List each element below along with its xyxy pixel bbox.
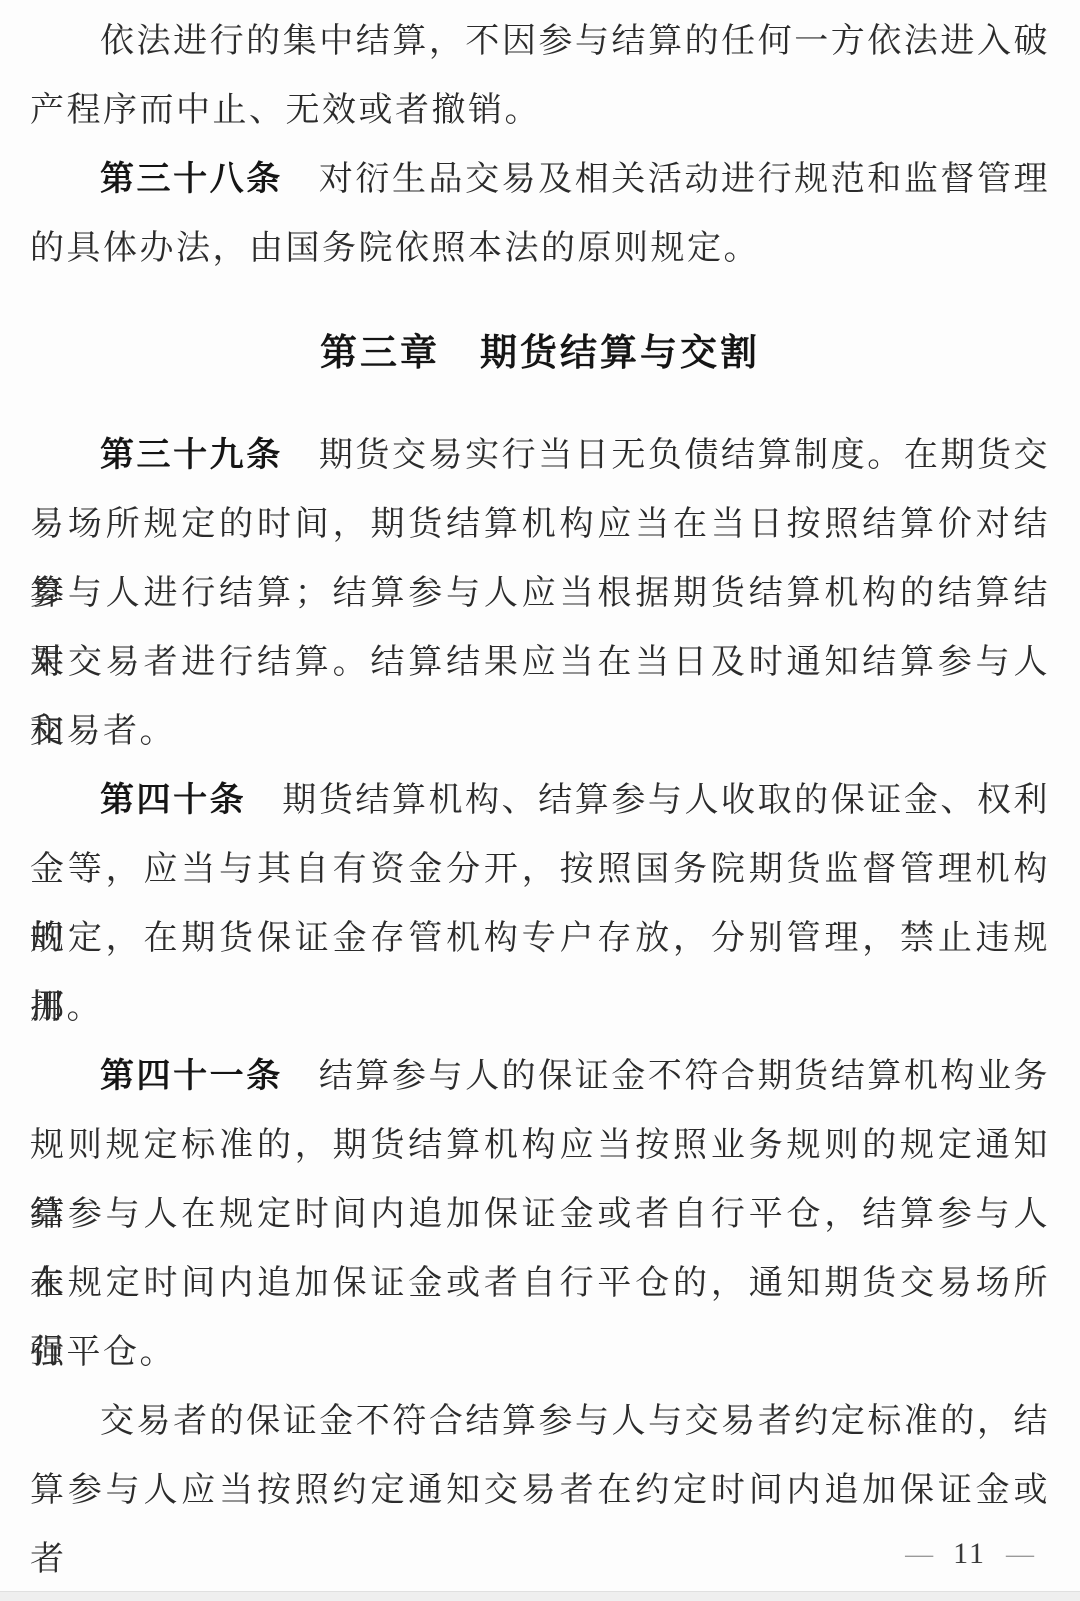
paragraph-line: 行平仓。 bbox=[30, 1318, 1050, 1387]
page-number: —11— bbox=[905, 1532, 1034, 1577]
paragraph-line: 参与人进行结算；结算参与人应当根据期货结算机构的结算结果 bbox=[30, 559, 1050, 628]
article-39-number: 第三十九条 bbox=[100, 436, 283, 474]
paragraph-line: 产程序而中止、无效或者撤销。 bbox=[30, 76, 1050, 145]
paragraph-line: 交易者。 bbox=[30, 697, 1050, 766]
article-38-opening-line: 第三十八条对衍生品交易及相关活动进行规范和监督管理 bbox=[30, 145, 1050, 214]
paragraph-line: 在规定时间内追加保证金或者自行平仓的，通知期货交易场所强 bbox=[30, 1249, 1050, 1318]
chapter-heading: 第三章期货结算与交割 bbox=[30, 318, 1050, 387]
paragraph-line: 金等，应当与其自有资金分开，按照国务院期货监督管理机构的 bbox=[30, 835, 1050, 904]
article-41-number: 第四十一条 bbox=[100, 1057, 283, 1095]
page-number-right-dash: — bbox=[1006, 1539, 1034, 1570]
paragraph-line: 算参与人应当按照约定通知交易者在约定时间内追加保证金或者 bbox=[30, 1456, 1050, 1525]
chapter-number: 第三章 bbox=[320, 332, 440, 373]
document-page: 依法进行的集中结算，不因参与结算的任何一方依法进入破 产程序而中止、无效或者撤销… bbox=[0, 0, 1080, 1601]
document-text-block: 依法进行的集中结算，不因参与结算的任何一方依法进入破 产程序而中止、无效或者撤销… bbox=[30, 7, 1050, 1525]
article-39-text: 期货交易实行当日无负债结算制度。在期货交 bbox=[319, 437, 1050, 474]
paragraph-line: 的具体办法，由国务院依照本法的原则规定。 bbox=[30, 214, 1050, 283]
paragraph-line: 对交易者进行结算。结算结果应当在当日及时通知结算参与人和 bbox=[30, 628, 1050, 697]
paragraph-line: 算参与人在规定时间内追加保证金或者自行平仓，结算参与人未 bbox=[30, 1180, 1050, 1249]
article-39-opening-line: 第三十九条期货交易实行当日无负债结算制度。在期货交 bbox=[30, 421, 1050, 490]
paragraph-line: 规定，在期货保证金存管机构专户存放，分别管理，禁止违规挪 bbox=[30, 904, 1050, 973]
page-gap-strip bbox=[0, 1591, 1080, 1601]
paragraph-line: 依法进行的集中结算，不因参与结算的任何一方依法进入破 bbox=[30, 7, 1050, 76]
article-38-number: 第三十八条 bbox=[100, 160, 283, 198]
page-number-left-dash: — bbox=[905, 1539, 933, 1570]
article-40-text: 期货结算机构、结算参与人收取的保证金、权利 bbox=[282, 782, 1050, 819]
paragraph-line: 规则规定标准的，期货结算机构应当按照业务规则的规定通知结 bbox=[30, 1111, 1050, 1180]
article-41-opening-line: 第四十一条结算参与人的保证金不符合期货结算机构业务 bbox=[30, 1042, 1050, 1111]
page-number-value: 11 bbox=[953, 1537, 986, 1570]
paragraph-line: 交易者的保证金不符合结算参与人与交易者约定标准的，结 bbox=[30, 1387, 1050, 1456]
paragraph-line: 易场所规定的时间，期货结算机构应当在当日按照结算价对结算 bbox=[30, 490, 1050, 559]
article-41-text: 结算参与人的保证金不符合期货结算机构业务 bbox=[319, 1058, 1050, 1095]
article-40-opening-line: 第四十条期货结算机构、结算参与人收取的保证金、权利 bbox=[30, 766, 1050, 835]
article-38-text: 对衍生品交易及相关活动进行规范和监督管理 bbox=[319, 161, 1050, 198]
article-40-number: 第四十条 bbox=[100, 781, 246, 819]
paragraph-line: 用。 bbox=[30, 973, 1050, 1042]
chapter-title: 期货结算与交割 bbox=[480, 332, 760, 373]
